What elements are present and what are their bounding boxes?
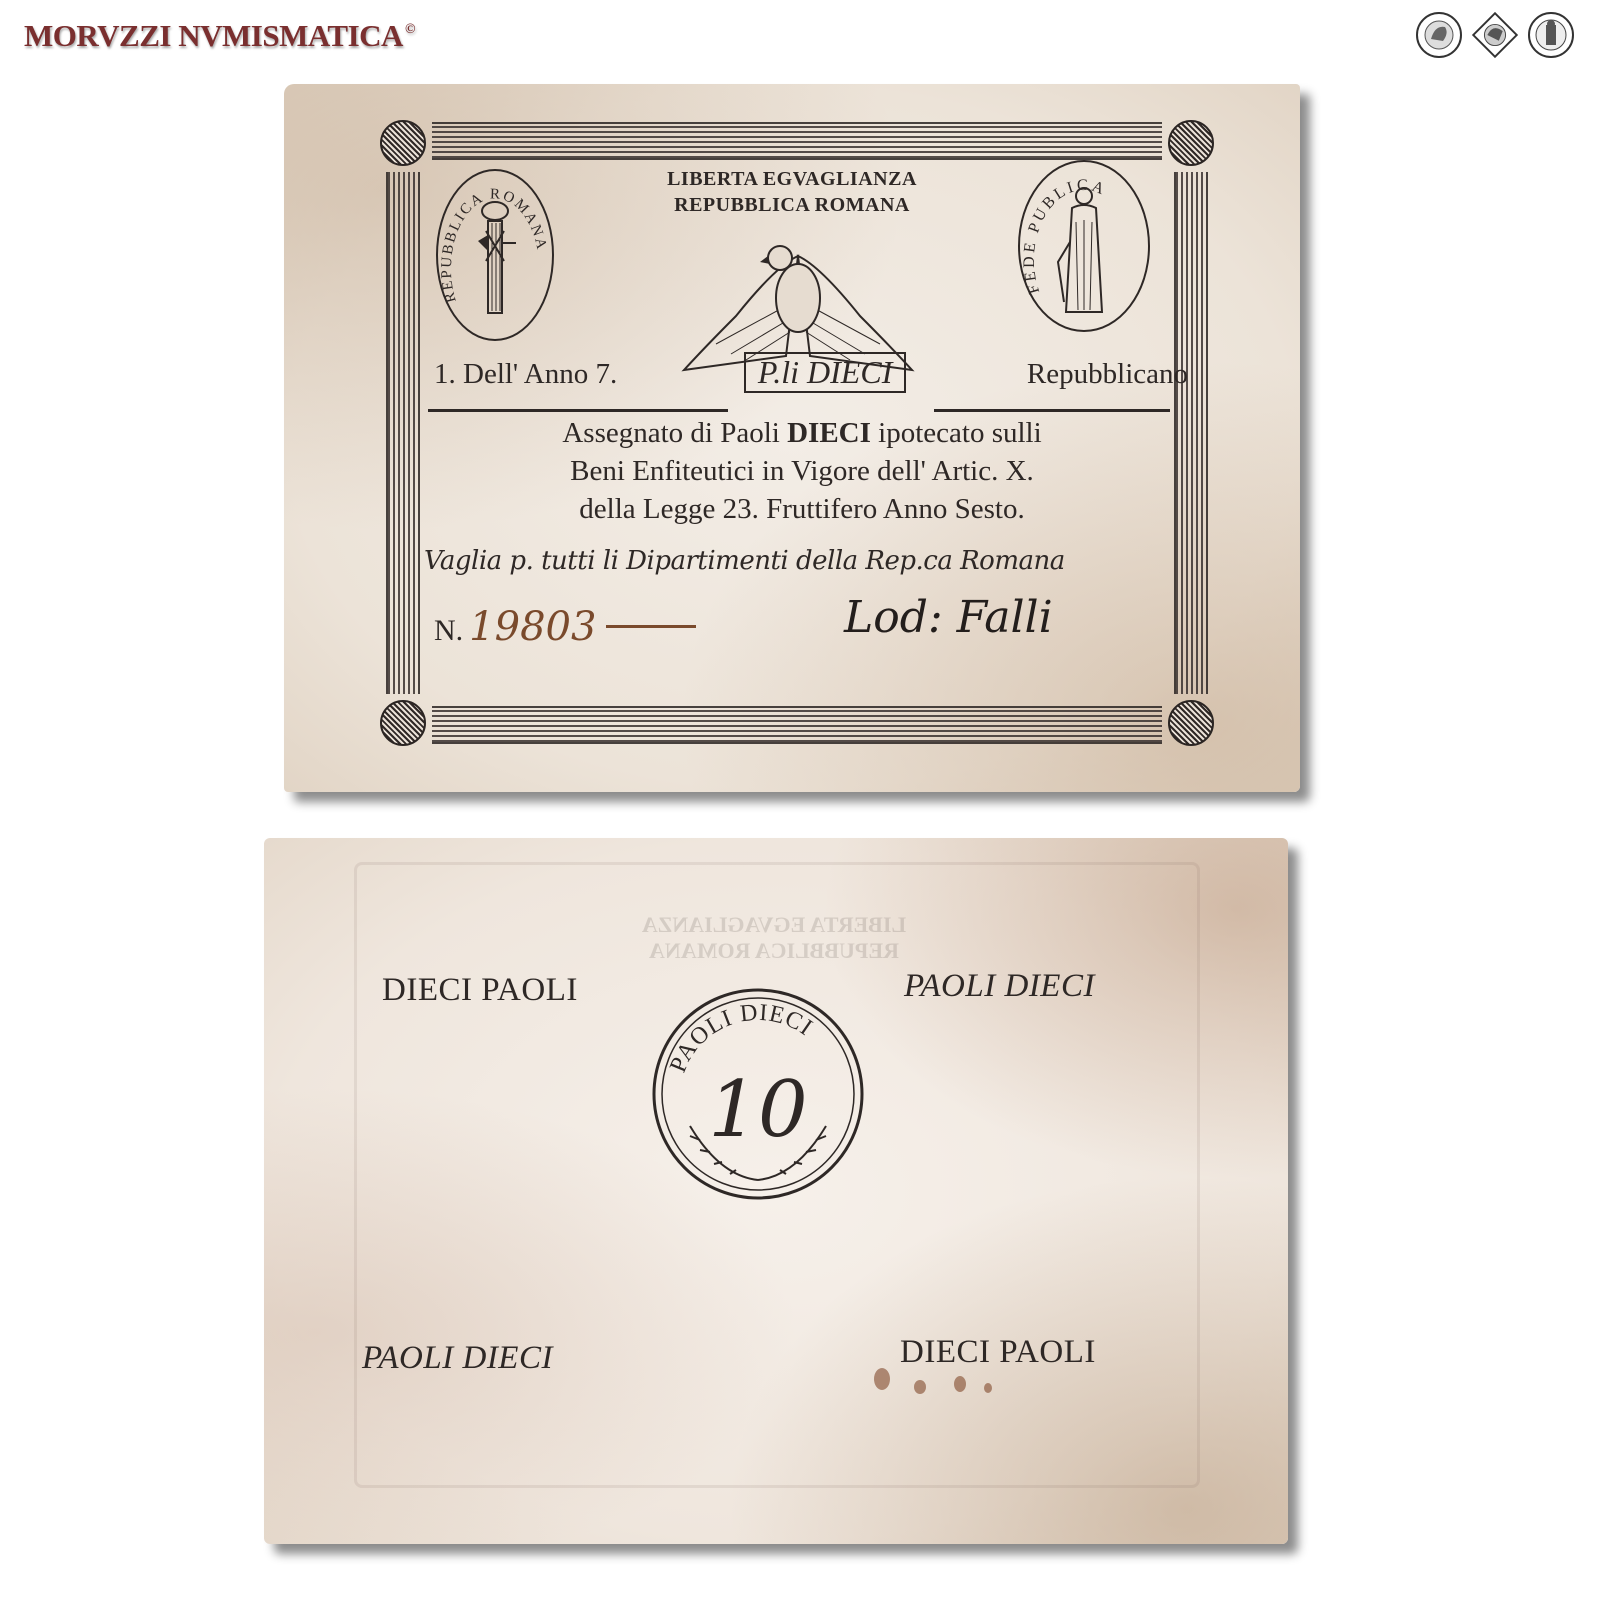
- serial-value: 19803: [469, 604, 596, 650]
- divider-right: [934, 409, 1170, 412]
- denomination-seal: PAOLI DIECI 10: [650, 986, 866, 1202]
- corner-ball-icon: [1168, 120, 1214, 166]
- year-prefix: 1. Dell' Anno 7.: [434, 358, 617, 391]
- standing-goddess-figure-icon: FEDE PUBLICA: [1018, 160, 1150, 332]
- note-body-text: Assegnato di Paoli DIECI ipotecato sulli…: [404, 414, 1200, 528]
- body-line-2: Beni Enfiteutici in Vigore dell' Artic. …: [404, 452, 1200, 490]
- back-text-bottom-left: PAOLI DIECI: [362, 1340, 553, 1377]
- ink-stain: [954, 1376, 966, 1392]
- ink-stain: [984, 1383, 992, 1393]
- back-text-top-left: DIECI PAOLI: [382, 972, 578, 1009]
- serial-flourish: [606, 625, 696, 628]
- body-line-1: Assegnato di Paoli DIECI ipotecato sulli: [404, 414, 1200, 452]
- banknote-back: LIBERTA EGVAGLIANZA REPUBBLICA ROMANA DI…: [264, 838, 1288, 1544]
- back-text-bottom-right: DIECI PAOLI: [900, 1334, 1096, 1371]
- round-seal-badge-icon: [1526, 10, 1576, 60]
- signature: Lod: Falli: [844, 592, 1053, 643]
- back-text-top-right: PAOLI DIECI: [904, 968, 1095, 1005]
- year-line: 1. Dell' Anno 7. P.li DIECI Repubblicano: [434, 352, 1188, 393]
- svg-text:FEDE PUBLICA: FEDE PUBLICA: [1021, 177, 1109, 296]
- denomination-box: P.li DIECI: [744, 352, 907, 393]
- fasces-liberty-cap-icon: REPUBBLICA ROMANA: [436, 169, 554, 341]
- numismatici-italiani-badge-icon: [1414, 10, 1464, 60]
- seal-value: 10: [708, 1065, 807, 1155]
- serial-label: N.: [434, 614, 463, 648]
- body-line-3: della Legge 23. Fruttifero Anno Sesto.: [404, 490, 1200, 528]
- copyright-symbol: ©: [405, 22, 415, 37]
- brand-logo: MORVZZI NVMISMATICA©: [24, 18, 415, 54]
- diamond-helmet-badge-icon: [1470, 10, 1520, 60]
- association-badges: [1414, 10, 1576, 60]
- ink-stain: [914, 1380, 926, 1394]
- brand-name: MORVZZI NVMISMATICA: [24, 18, 403, 53]
- serial-number: N. 19803: [434, 604, 696, 650]
- ink-stain: [874, 1368, 890, 1390]
- border-bottom: [432, 706, 1162, 744]
- handwritten-validity-line: Vaglia p. tutti li Dipartimenti della Re…: [424, 546, 1180, 576]
- border-top: [432, 122, 1162, 160]
- banknote-front: LIBERTA EGVAGLIANZA REPUBBLICA ROMANA RE…: [284, 84, 1300, 792]
- corner-ball-icon: [380, 120, 426, 166]
- corner-ball-icon: [1168, 700, 1214, 746]
- show-through-heading: LIBERTA EGVAGLIANZA REPUBBLICA ROMANA: [584, 912, 964, 960]
- divider-left: [428, 409, 728, 412]
- corner-ball-icon: [380, 700, 426, 746]
- year-suffix: Repubblicano: [1027, 358, 1188, 391]
